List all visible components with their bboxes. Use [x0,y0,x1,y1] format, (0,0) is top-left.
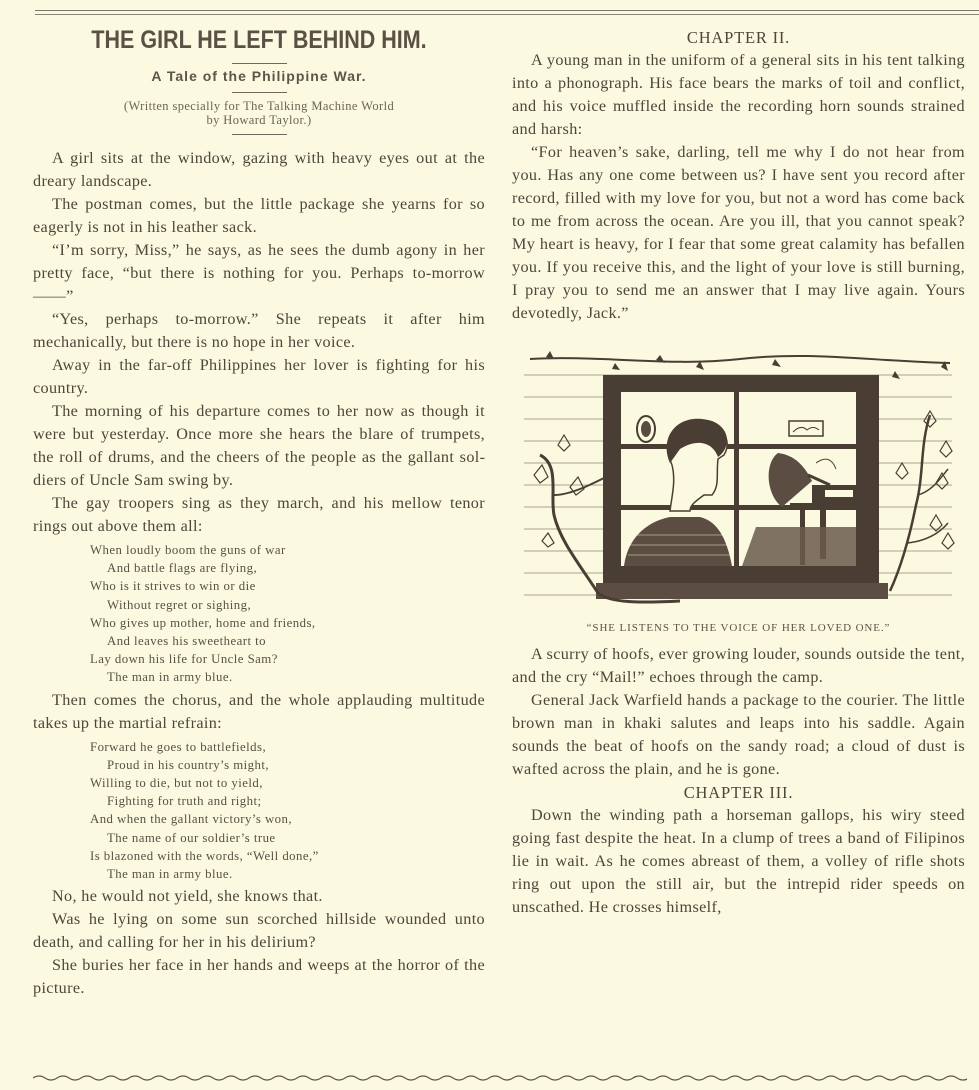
paragraph: Then comes the chorus, and the whole app… [33,689,485,735]
paragraph: The gay troopers sing as they march, and… [33,492,485,538]
verse-line: Willing to die, but not to yield, [90,774,485,792]
top-rule-secondary [35,14,979,15]
paragraph: “I’m sorry, Miss,” he says, as he sees t… [33,239,485,308]
paragraph: The postman comes, but the little packag… [33,193,485,239]
verse-line: And when the gallant victory’s won, [90,810,485,828]
girl-phonograph-illustration-icon [520,345,956,613]
verse-line: The name of our soldier’s true [90,829,485,847]
paragraph: “Yes, perhaps to-morrow.” She repeats it… [33,308,485,354]
verse-line: The man in army blue. [90,865,485,883]
verse-line: Who gives up mother, home and friends, [90,614,485,632]
byline-rule [232,134,287,135]
verse-line: The man in army blue. [90,668,485,686]
verse-line: Proud in his country’s might, [90,756,485,774]
subtitle-rule [232,92,287,93]
paragraph: Down the winding path a horseman gallops… [512,804,965,919]
verse-line: When loudly boom the guns of war [90,541,485,559]
paragraph: General Jack Warfield hands a package to… [512,689,965,781]
paragraph: Away in the far-off Philippines her love… [33,354,485,400]
top-rule [35,10,979,11]
paragraph: “For heaven’s sake, darling, tell me why… [512,141,965,325]
paragraph: A scurry of hoofs, ever growing louder, … [512,643,965,689]
chapter-3-heading: CHAPTER III. [512,781,965,804]
byline-line-1: (Written specially for The Talking Machi… [33,99,485,113]
title-rule [232,63,287,64]
song-verse-2: Forward he goes to battlefields, Proud i… [90,738,485,884]
article-title: THE GIRL HE LEFT BEHIND HIM. [65,26,454,55]
verse-line: Who is it strives to win or die [90,577,485,595]
verse-line: And battle flags are flying, [90,559,485,577]
verse-line: Forward he goes to battlefields, [90,738,485,756]
chapter-2-heading: CHAPTER II. [512,26,965,49]
article-subtitle: A Tale of the Philippine War. [33,68,485,84]
paragraph: A young man in the uniform of a general … [512,49,965,141]
verse-line: Without regret or sighing, [90,596,485,614]
paragraph: A girl sits at the window, gazing with h… [33,147,485,193]
bottom-wavy-rule [33,1074,967,1082]
verse-line: And leaves his sweetheart to [90,632,485,650]
paragraph: No, he would not yield, she knows that. [33,885,485,908]
illustration-caption: “SHE LISTENS TO THE VOICE OF HER LOVED O… [512,622,965,634]
opening-paragraphs: A girl sits at the window, gazing with h… [33,147,485,538]
illustration [520,345,956,613]
paragraph: Was he lying on some sun scorched hillsi… [33,908,485,954]
byline-line-2: by Howard Taylor.) [33,113,485,127]
paragraph: The morning of his departure comes to he… [33,400,485,492]
verse-line: Fighting for truth and right; [90,792,485,810]
byline: (Written specially for The Talking Machi… [33,99,485,127]
right-column: CHAPTER II. A young man in the uniform o… [512,20,965,919]
verse-line: Is blazoned with the words, “Well done,” [90,847,485,865]
left-column: THE GIRL HE LEFT BEHIND HIM. A Tale of t… [33,20,485,1000]
verse-line: Lay down his life for Uncle Sam? [90,650,485,668]
paragraph: She buries her face in her hands and wee… [33,954,485,1000]
song-verse-1: When loudly boom the guns of war And bat… [90,541,485,687]
